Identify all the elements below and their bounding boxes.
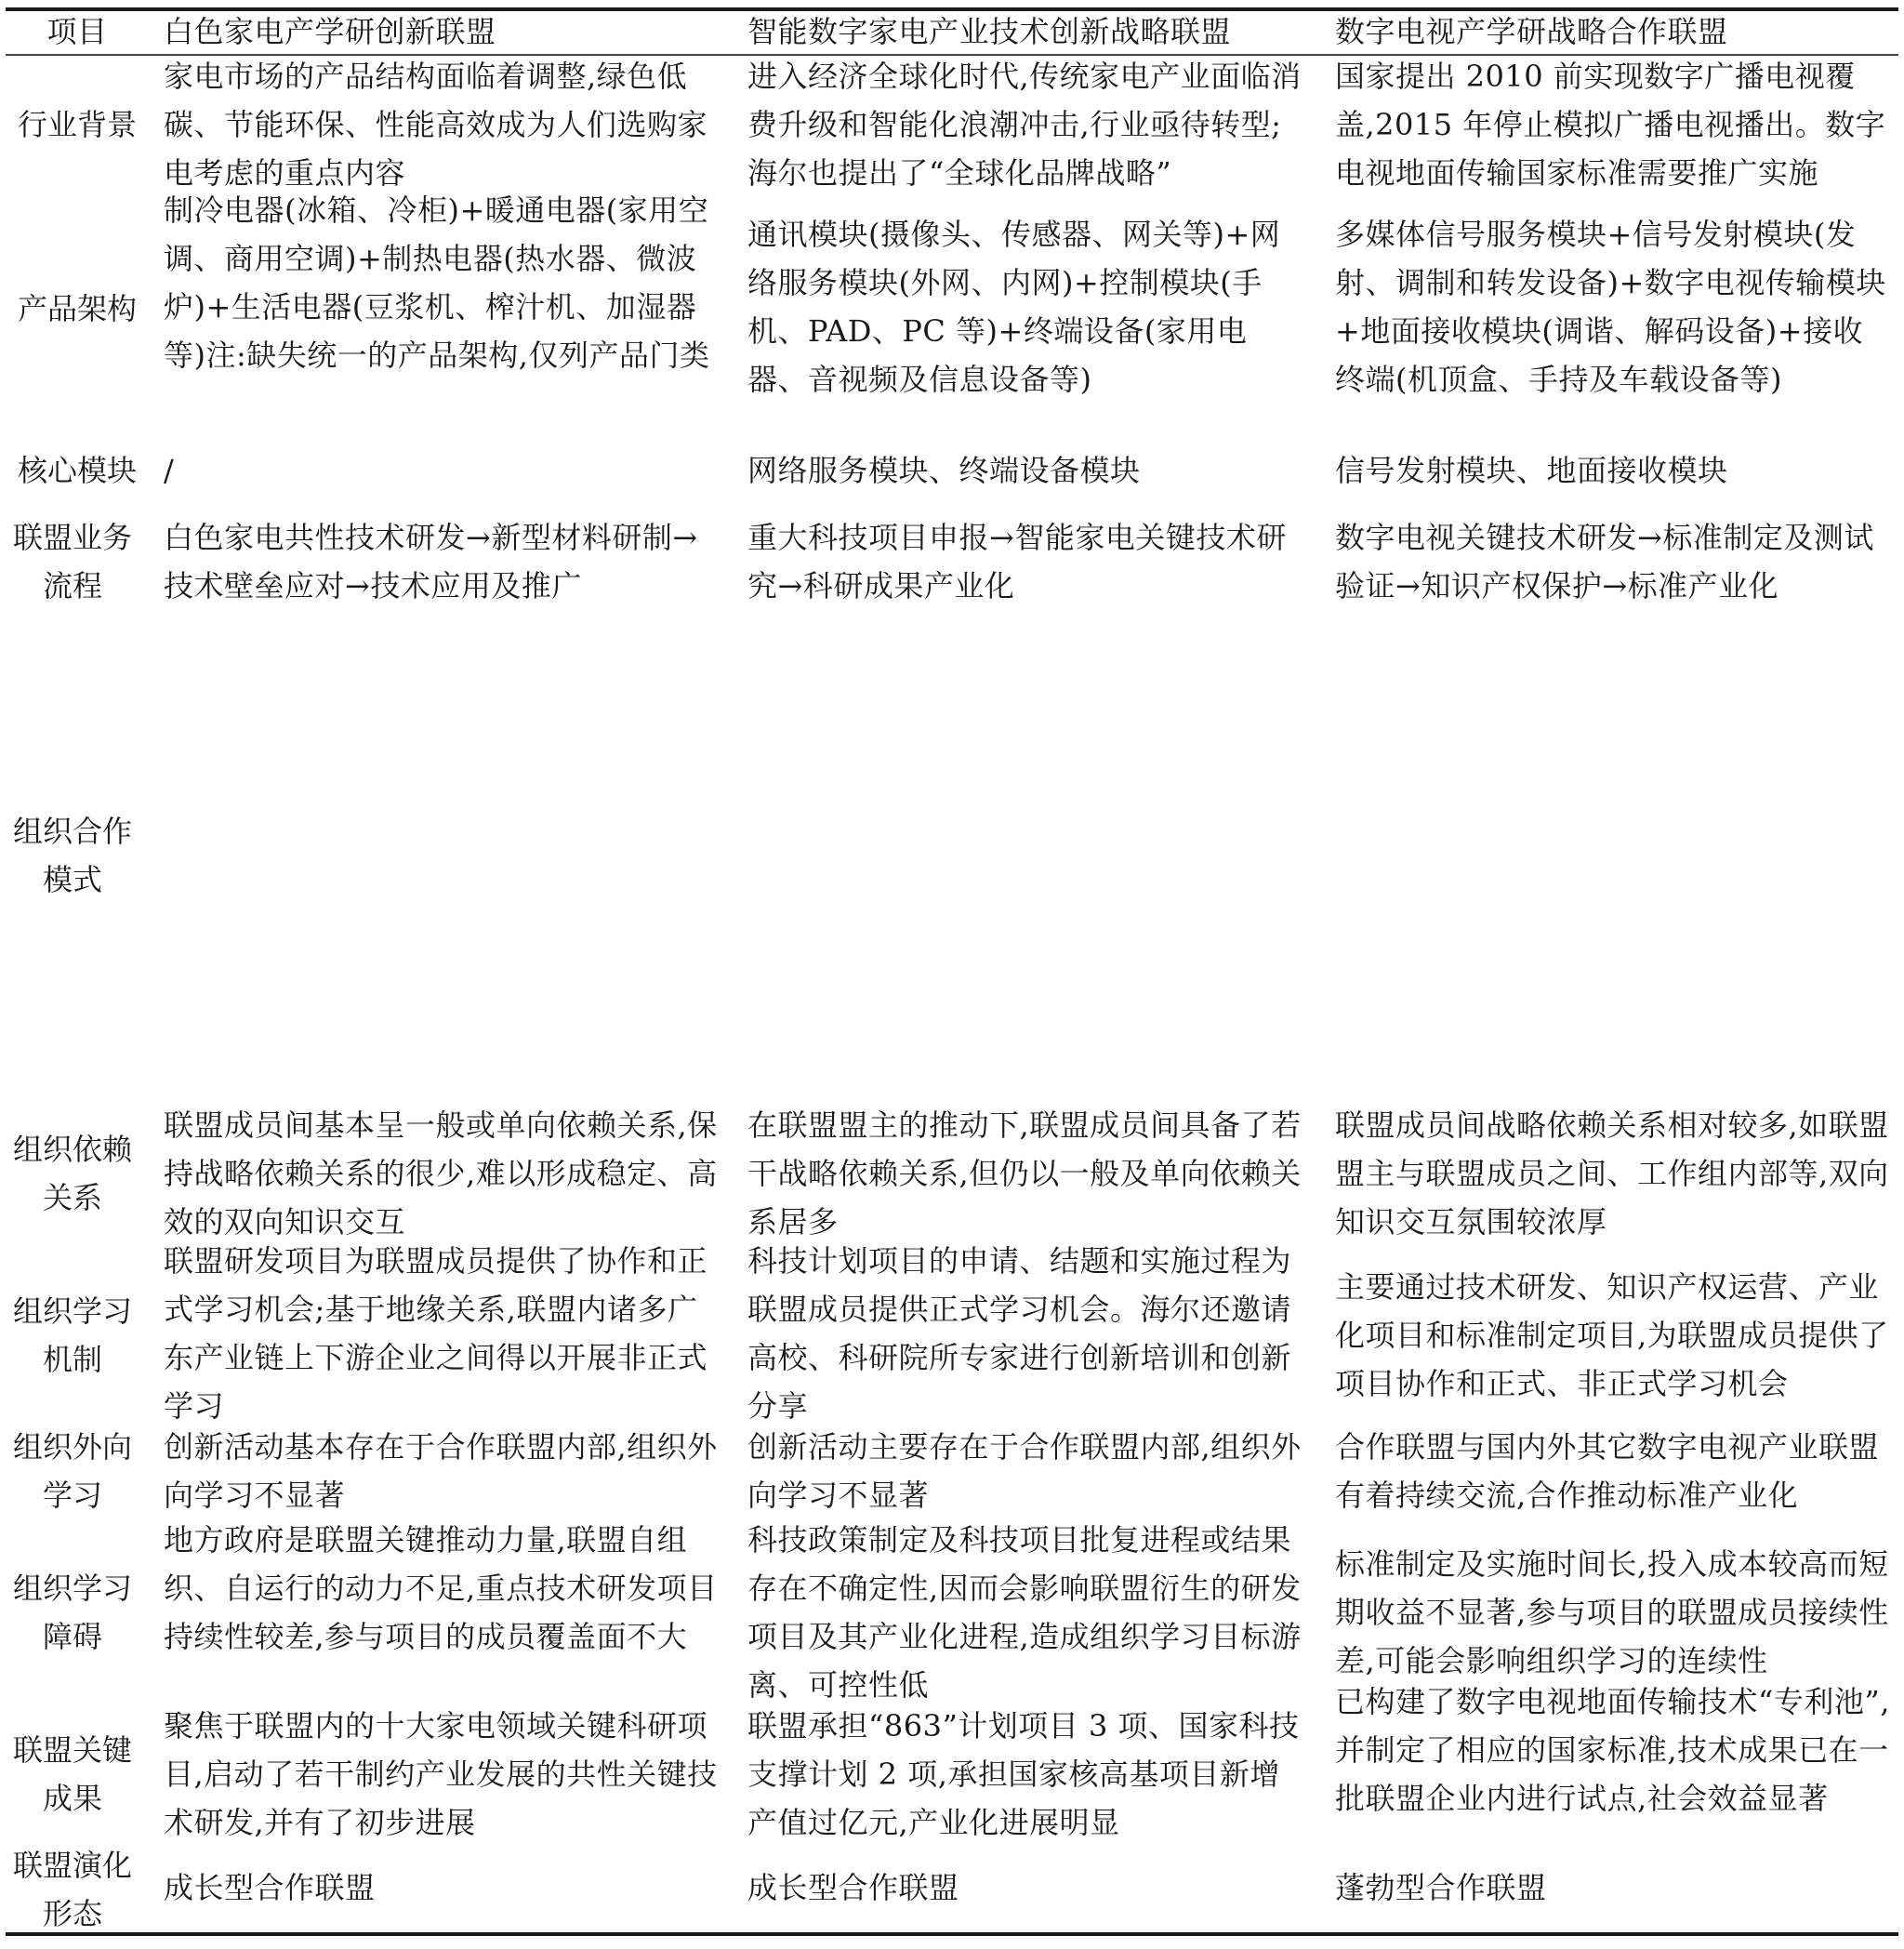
header-col3: 数字电视产学研战略合作联盟 [1335, 9, 1893, 54]
row-cell-col2: 科技政策制定及科技项目批复进程或结果存在不确定性,因而会影响联盟衍生的研发项目及… [747, 1516, 1305, 1709]
row-cell-col2: 进入经济全球化时代,传统家电产业面临消费升级和智能化浪潮冲击,行业亟待转型;海尔… [747, 52, 1305, 197]
table-bottom-rule [6, 1932, 1898, 1936]
row-cell-col3: 信号发射模块、地面接收模块 [1335, 446, 1893, 495]
row-cell-col2: 创新活动主要存在于合作联盟内部,组织外向学习不显著 [747, 1423, 1305, 1519]
row-cell-col1: 聚焦于联盟内的十大家电领域关键科研项目,启动了若干制约产业发展的共性关键技术研发… [164, 1702, 721, 1847]
row-cell-col1: 地方政府是联盟关键推动力量,联盟自组织、自运行的动力不足,重点技术研发项目持续性… [164, 1516, 721, 1661]
row-cell-col3: 主要通过技术研发、知识产权运营、产业化项目和标准制定项目,为联盟成员提供了项目协… [1335, 1263, 1893, 1408]
row-cell-col2: 科技计划项目的申请、结题和实施过程为联盟成员提供正式学习机会。海尔还邀请高校、科… [747, 1237, 1305, 1430]
row-cell-col2: 联盟承担“863”计划项目 3 项、国家科技支撑计划 2 项,承担国家核高基项目… [747, 1702, 1305, 1847]
row-label: 联盟业务流程 [7, 513, 138, 610]
row-cell-col2: 重大科技项目申报→智能家电关键技术研究→科研成果产业化 [747, 513, 1305, 610]
row-label: 联盟演化形态 [7, 1841, 138, 1938]
row-cell-col3: 合作联盟与国内外其它数字电视产业联盟有着持续交流,合作推动标准产业化 [1335, 1423, 1893, 1519]
row-cell-col3: 已构建了数字电视地面传输技术“专利池”,并制定了相应的国家标准,技术成果已在一批… [1335, 1677, 1893, 1823]
row-cell-col1: 创新活动基本存在于合作联盟内部,组织外向学习不显著 [164, 1423, 721, 1519]
header-col2: 智能数字家电产业技术创新战略联盟 [747, 9, 1305, 54]
row-cell-col3: 国家提出 2010 前实现数字广播电视覆盖,2015 年停止模拟广播电视播出。数… [1335, 52, 1893, 197]
row-cell-col2: 网络服务模块、终端设备模块 [747, 446, 1305, 495]
row-cell-col1: 制冷电器(冰箱、冷柜)+暖通电器(家用空调、商用空调)+制热电器(热水器、微波炉… [164, 186, 721, 379]
row-cell-col1: / [164, 446, 721, 495]
row-label: 产品架构 [7, 285, 147, 333]
row-label: 联盟关键成果 [7, 1726, 138, 1823]
row-label: 核心模块 [7, 446, 147, 495]
row-label: 组织依赖关系 [7, 1125, 138, 1222]
row-cell-col1: 联盟研发项目为联盟成员提供了协作和正式学习机会;基于地缘关系,联盟内诸多广东产业… [164, 1237, 721, 1430]
row-label: 组织外向学习 [7, 1423, 138, 1519]
row-cell-col3: 数字电视关键技术研发→标准制定及测试验证→知识产权保护→标准产业化 [1335, 513, 1893, 610]
cooperation-mode-figure-area [164, 614, 1893, 1097]
row-cell-col1: 家电市场的产品结构面临着调整,绿色低碳、节能环保、性能高效成为人们选购家电考虑的… [164, 52, 721, 197]
row-cell-col2: 通讯模块(摄像头、传感器、网关等)+网络服务模块(外网、内网)+控制模块(手机、… [747, 210, 1305, 404]
row-cell-col3: 标准制定及实施时间长,投入成本较高而短期收益不显著,参与项目的联盟成员接续性差,… [1335, 1540, 1893, 1685]
row-cell-col1: 白色家电共性技术研发→新型材料研制→技术壁垒应对→技术应用及推广 [164, 513, 721, 610]
row-cell-col1: 联盟成员间基本呈一般或单向依赖关系,保持战略依赖关系的很少,难以形成稳定、高效的… [164, 1101, 721, 1246]
row-cell-col1: 成长型合作联盟 [164, 1863, 721, 1912]
row-label: 组织合作模式 [7, 807, 138, 904]
row-cell-col3: 蓬勃型合作联盟 [1335, 1863, 1893, 1912]
row-cell-col2: 成长型合作联盟 [747, 1863, 1305, 1912]
row-label: 组织学习机制 [7, 1287, 138, 1384]
row-cell-col3: 多媒体信号服务模块+信号发射模块(发射、调制和转发设备)+数字电视传输模块+地面… [1335, 210, 1893, 404]
row-cell-col2: 在联盟盟主的推动下,联盟成员间具备了若干战略依赖关系,但仍以一般及单向依赖关系居… [747, 1101, 1305, 1246]
header-col1: 白色家电产学研创新联盟 [164, 9, 721, 54]
header-item: 项目 [7, 9, 147, 54]
row-label: 行业背景 [7, 100, 147, 149]
row-cell-col3: 联盟成员间战略依赖关系相对较多,如联盟盟主与联盟成员之间、工作组内部等,双向知识… [1335, 1101, 1893, 1246]
row-label: 组织学习障碍 [7, 1564, 138, 1661]
